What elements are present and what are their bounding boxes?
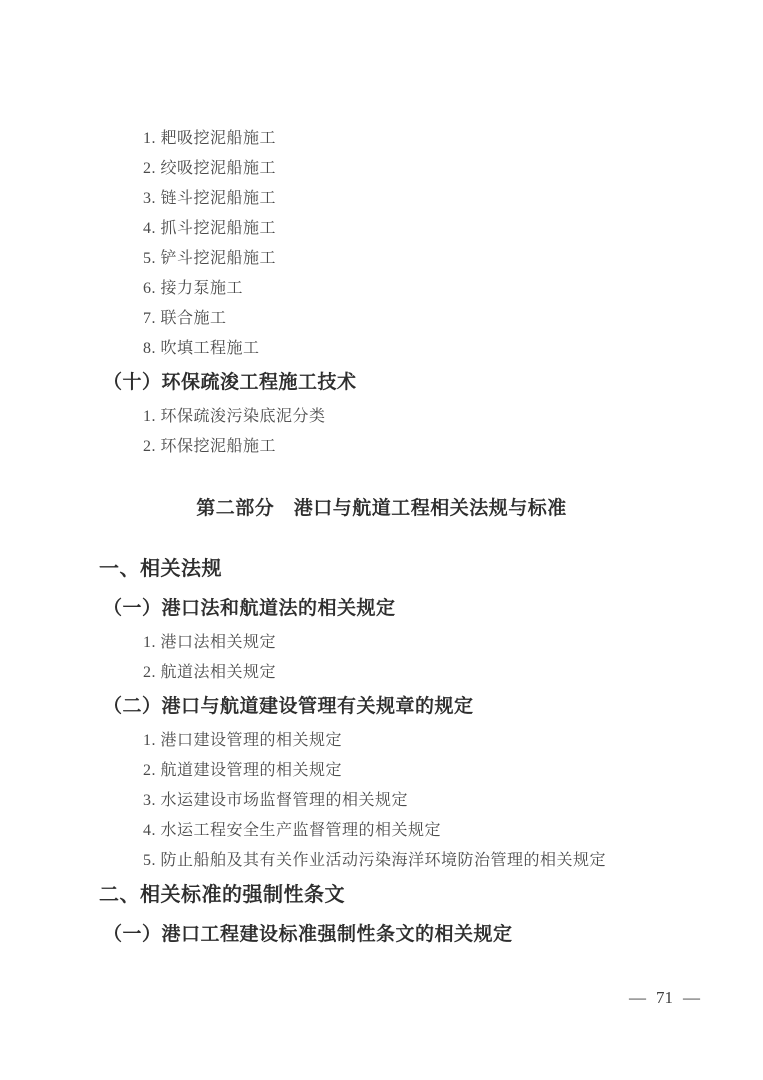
- outline-item: 2. 环保挖泥船施工: [143, 432, 763, 462]
- outline-heading-level2: （二）港口与航道建设管理有关规章的规定: [103, 688, 763, 726]
- section-title: 第二部分 港口与航道工程相关法规与标准: [0, 494, 763, 524]
- footer-dash-left: —: [629, 988, 646, 1008]
- outline-item: 1. 港口建设管理的相关规定: [143, 726, 763, 756]
- outline-item: 2. 绞吸挖泥船施工: [143, 154, 763, 184]
- outline-item: 4. 水运工程安全生产监督管理的相关规定: [143, 816, 763, 846]
- footer-dash-right: —: [683, 988, 700, 1008]
- outline-item: 1. 耙吸挖泥船施工: [143, 124, 763, 154]
- page-footer: — 71 —: [629, 988, 700, 1008]
- outline-heading-level2: （一）港口法和航道法的相关规定: [103, 590, 763, 628]
- outline-heading-level2: （十）环保疏浚工程施工技术: [103, 364, 763, 402]
- outline-heading-level1: 一、相关法规: [99, 552, 763, 586]
- outline-item: 5. 铲斗挖泥船施工: [143, 244, 763, 274]
- outline-item: 6. 接力泵施工: [143, 274, 763, 304]
- outline-item: 8. 吹填工程施工: [143, 334, 763, 364]
- page-number: 71: [656, 988, 673, 1008]
- outline-item: 4. 抓斗挖泥船施工: [143, 214, 763, 244]
- outline-item: 3. 水运建设市场监督管理的相关规定: [143, 786, 763, 816]
- outline-item: 2. 航道建设管理的相关规定: [143, 756, 763, 786]
- outline-item: 3. 链斗挖泥船施工: [143, 184, 763, 214]
- outline-heading-level2: （一）港口工程建设标准强制性条文的相关规定: [103, 916, 763, 954]
- document-body: 1. 耙吸挖泥船施工2. 绞吸挖泥船施工3. 链斗挖泥船施工4. 抓斗挖泥船施工…: [0, 0, 763, 954]
- outline-item: 5. 防止船舶及其有关作业活动污染海洋环境防治管理的相关规定: [143, 846, 763, 876]
- outline-heading-level1: 二、相关标准的强制性条文: [99, 878, 763, 912]
- outline-item: 1. 环保疏浚污染底泥分类: [143, 402, 763, 432]
- outline-item: 2. 航道法相关规定: [143, 658, 763, 688]
- outline-item: 7. 联合施工: [143, 304, 763, 334]
- document-page: 1. 耙吸挖泥船施工2. 绞吸挖泥船施工3. 链斗挖泥船施工4. 抓斗挖泥船施工…: [0, 0, 763, 1080]
- outline-item: 1. 港口法相关规定: [143, 628, 763, 658]
